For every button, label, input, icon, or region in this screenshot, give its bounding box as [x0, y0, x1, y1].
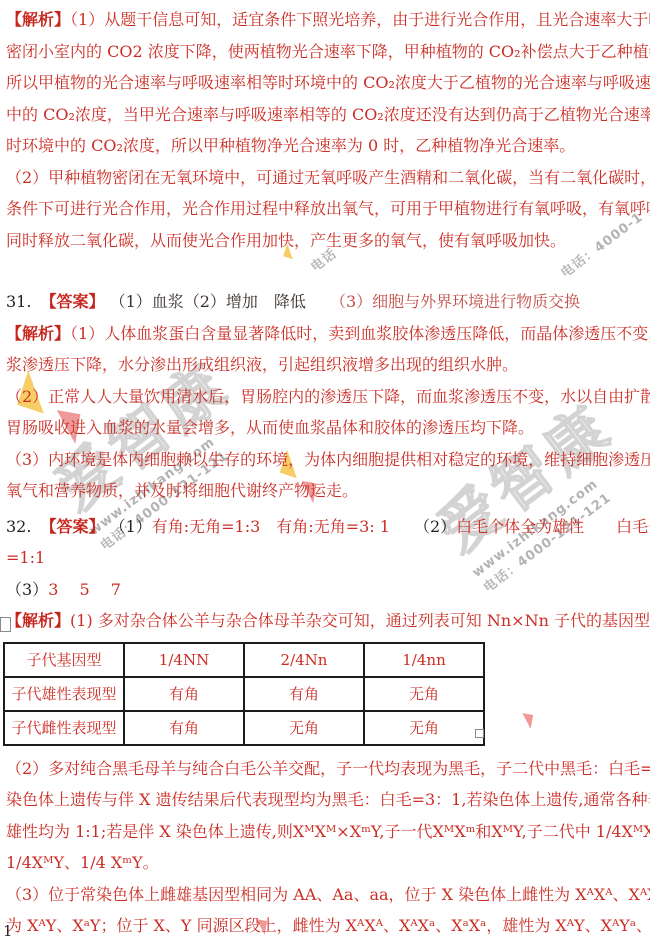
- table-header-cell: 子代基因型: [4, 643, 124, 677]
- table-cell: 有角: [244, 677, 364, 711]
- analysis-line: （3）内环境是体内细胞赖以生存的环境，为体内细胞提供相对稳定的环境，维持细胞渗透…: [6, 444, 650, 476]
- analysis-line: （2）多对纯合黑毛母羊与纯合白毛公羊交配，子一代均表现为黑毛，子二代中黑毛：白毛…: [6, 753, 650, 785]
- analysis-line: 染色体上遗传与伴 X 遗传结果后代表现型均为黑毛：白毛=3：1,若染色体上遗传,…: [6, 784, 650, 816]
- analysis-intro-line: 【解析】(1) 多对杂合体公羊与杂合体母羊杂交可知，通过列表可知 Nn×Nn 子…: [6, 605, 650, 637]
- analysis-paragraph: （2）多对纯合黑毛母羊与纯合白毛公羊交配，子一代均表现为黑毛，子二代中黑毛：白毛…: [6, 753, 650, 879]
- analysis-text: （1）人体血浆蛋白含量显著降低时，卖到血浆胶体渗透压降低，而晶体渗透压不变，从而…: [70, 324, 650, 343]
- analysis-line: 为 XᴬY、XᵃY；位于 X、Y 同源区段上，雌性为 XᴬXᴬ、XᴬXᵃ、XᵃX…: [6, 910, 650, 942]
- page-number: 1: [3, 922, 13, 940]
- answer-text: （3）细胞与外界环境进行物质交换: [338, 292, 580, 311]
- analysis-label: 【解析】: [6, 10, 70, 29]
- answer-sheet-content: 【解析】（1）从题干信息可知，适宜条件下照光培养，由于进行光合作用，且光合速率大…: [6, 4, 650, 942]
- table-row: 子代雌性表现型 有角 无角 无角: [4, 711, 484, 745]
- analysis-line: 浆渗透压下降，水分渗出形成组织液，引起组织液增多出现的组织水肿。: [6, 349, 650, 381]
- analysis-line: 密闭小室内的 CO2 浓度下降，使两植物光合速率下降，甲种植物的 CO₂补偿点大…: [6, 36, 650, 68]
- analysis-line: 同时释放二氧化碳，从而使光合作用加快，产生更多的氧气，使有氧呼吸加快。: [6, 225, 650, 257]
- genotype-table: 子代基因型 1/4NN 2/4Nn 1/4nn 子代雄性表现型 有角 有角 无角…: [3, 642, 485, 746]
- answer-text: 白毛个体全为雄性 白毛个体中雄性:雌性: [456, 517, 650, 536]
- analysis-line: 条件下可进行光合作用，光合作用过程中释放出氧气，可用于甲植物进行有氧呼吸，有氧呼…: [6, 193, 650, 225]
- analysis-label: 【解析】: [6, 611, 70, 630]
- analysis-line: 氧气和营养物质，并及时将细胞代谢终产物运走。: [6, 475, 650, 507]
- table-cell: 1/4NN: [124, 643, 244, 677]
- analysis-label: 【解析】: [6, 324, 70, 343]
- analysis-line: 时环境中的 CO₂浓度，所以甲种植物净光合速率为 0 时，乙种植物净光合速率。: [6, 130, 650, 162]
- analysis-line: 所以甲植物的光合速率与呼吸速率相等时环境中的 CO₂浓度大于乙植物的光合速率与呼…: [6, 67, 650, 99]
- answer-line-31: 31.【答案】 （1）血浆（2）增加 降低 （3）细胞与外界环境进行物质交换: [6, 286, 650, 318]
- table-anchor-handle: [0, 617, 11, 632]
- table-cell: 有角: [124, 711, 244, 745]
- question-number: 31.: [6, 292, 31, 311]
- table-row: 子代雄性表现型 有角 有角 无角: [4, 677, 484, 711]
- answer-line-32-item3: （3）3 5 7: [6, 574, 650, 606]
- answer-line-32: 32.【答案】 （1）有角:无角=1:3 有角:无角=3: 1 （2）白毛个体全…: [6, 511, 650, 543]
- answer-item-number: （1）: [110, 517, 152, 536]
- analysis-paragraph: （2）甲种植物密闭在无氧环境中，可通过无氧呼吸产生酒精和二氧化碳，当有二氧化碳时…: [6, 162, 650, 257]
- table-cell: 无角: [364, 677, 484, 711]
- analysis-line: （2）甲种植物密闭在无氧环境中，可通过无氧呼吸产生酒精和二氧化碳，当有二氧化碳时…: [6, 162, 650, 194]
- analysis-line: （3）位于常染色体上雌雄基因型相同为 AA、Aa、aa，位于 X 染色体上雌性为…: [6, 879, 650, 911]
- question-number: 32.: [6, 517, 31, 536]
- answer-item-number: （2）: [422, 517, 456, 536]
- analysis-line: 1/4XᴹY、1/4 XᵐY。: [6, 847, 650, 879]
- analysis-line: 【解析】（1）人体血浆蛋白含量显著降低时，卖到血浆胶体渗透压降低，而晶体渗透压不…: [6, 318, 650, 350]
- table-cell: 1/4nn: [364, 643, 484, 677]
- analysis-line: 胃肠吸收进入血浆的水量会增多，从而使血浆晶体和胶体的渗透压均下降。: [6, 412, 650, 444]
- document-page: { "colors": { "text_red": "#cb2d24", "te…: [0, 0, 650, 947]
- answer-text: 3 5 7: [48, 580, 121, 599]
- answer-text: 有角:无角=1:3 有角:无角=3: 1: [152, 517, 422, 536]
- analysis-line: 中的 CO₂浓度，当甲光合速率与呼吸速率相等的 CO₂浓度还没有达到仍高于乙植物…: [6, 99, 650, 131]
- table-header-cell: 子代雌性表现型: [4, 711, 124, 745]
- analysis-line: 【解析】（1）从题干信息可知，适宜条件下照光培养，由于进行光合作用，且光合速率大…: [6, 4, 650, 36]
- table-cell: 无角: [244, 711, 364, 745]
- analysis-paragraph: 【解析】（1）人体血浆蛋白含量显著降低时，卖到血浆胶体渗透压降低，而晶体渗透压不…: [6, 318, 650, 507]
- answer-line-32-cont: =1:1: [6, 542, 650, 574]
- analysis-line: （2）正常人人大量饮用清水后，胃肠腔内的渗透压下降，而血浆渗透压不变，水以自由扩…: [6, 381, 650, 413]
- answer-label: 【答案】: [40, 517, 104, 536]
- analysis-paragraph: 【解析】（1）从题干信息可知，适宜条件下照光培养，由于进行光合作用，且光合速率大…: [6, 4, 650, 162]
- analysis-line: 雄性均为 1:1;若是伴 X 染色体上遗传,则XᴹXᴹ×XᵐY,子一代XᴹXᵐ和…: [6, 816, 650, 848]
- table-cell: 有角: [124, 677, 244, 711]
- table-cell: 无角: [364, 711, 484, 745]
- answer-item-number: （3）: [6, 580, 48, 599]
- table-resize-handle: [475, 729, 484, 738]
- answer-text: （1）血浆（2）增加 降低: [110, 292, 338, 311]
- table-cell: 2/4Nn: [244, 643, 364, 677]
- table-row: 子代基因型 1/4NN 2/4Nn 1/4nn: [4, 643, 484, 677]
- answer-label: 【答案】: [40, 292, 104, 311]
- analysis-text: (1) 多对杂合体公羊与杂合体母羊杂交可知，通过列表可知 Nn×Nn 子代的基因…: [70, 611, 650, 630]
- analysis-text: （1）从题干信息可知，适宜条件下照光培养，由于进行光合作用，且光合速率大于呼吸速…: [70, 10, 650, 29]
- table-header-cell: 子代雄性表现型: [4, 677, 124, 711]
- analysis-paragraph: （3）位于常染色体上雌雄基因型相同为 AA、Aa、aa，位于 X 染色体上雌性为…: [6, 879, 650, 942]
